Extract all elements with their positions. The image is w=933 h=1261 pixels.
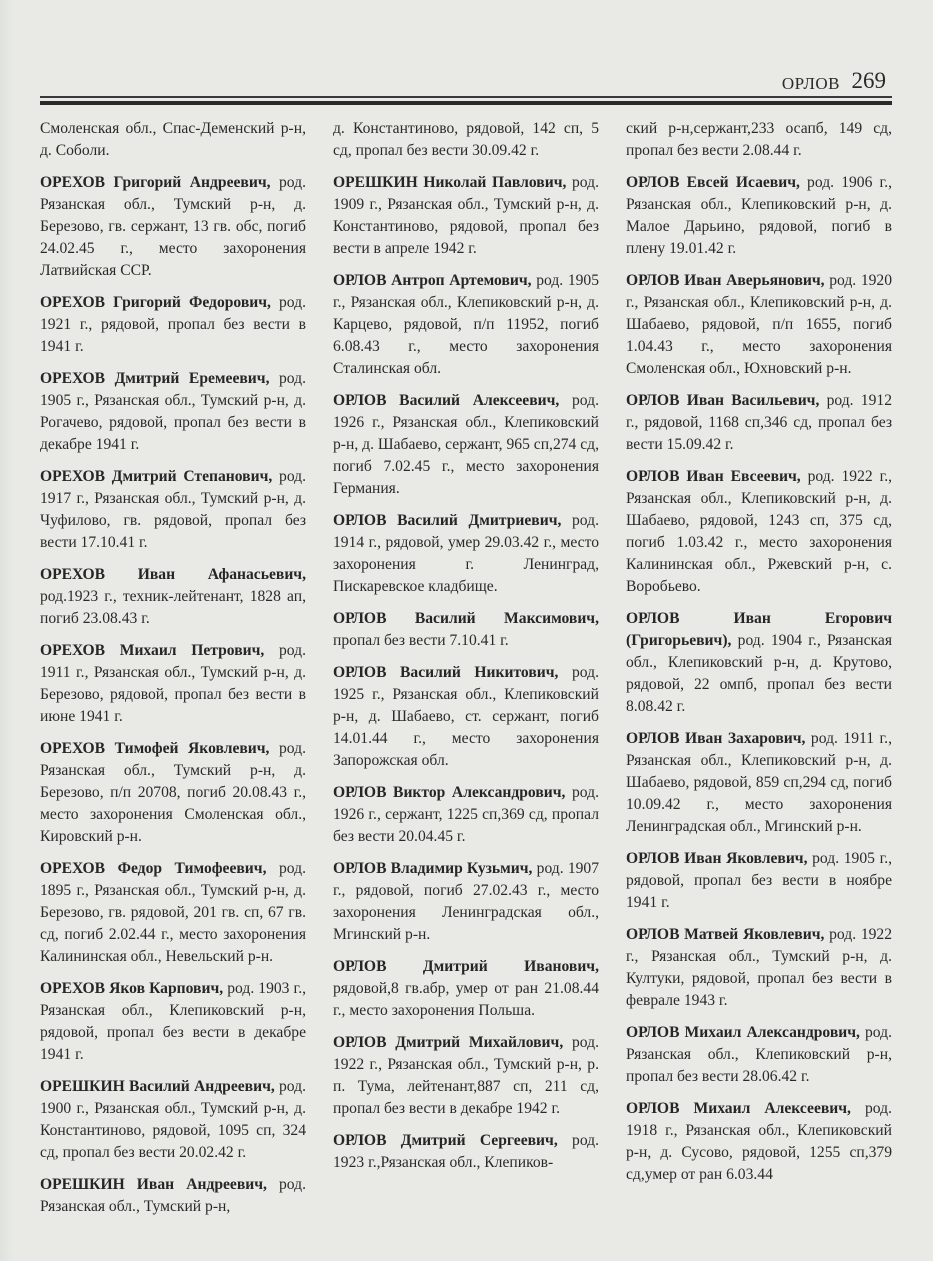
entry-name: ОРЕХОВ Михаил Петрович, [40, 642, 264, 659]
text-columns: Смоленская обл., Спас-Деменский р-н, д. … [40, 118, 892, 1228]
dictionary-entry: ОРЛОВ Евсей Исаевич, род. 1906 г., Рязан… [626, 172, 892, 260]
entry-name: ОРЛОВ Василий Дмитриевич, [333, 512, 561, 529]
dictionary-entry: ОРЕХОВ Тимофей Яковлевич, род. Рязанская… [40, 738, 306, 848]
entry-name: ОРЕХОВ Григорий Андреевич, [40, 174, 271, 191]
dictionary-entry: ОРЛОВ Виктор Александрович, род. 1926 г.… [333, 782, 599, 848]
dictionary-entry: ОРЕХОВ Михаил Петрович, род. 1911 г., Ря… [40, 640, 306, 728]
dictionary-entry: ОРЛОВ Михаил Александрович, род. Рязанск… [626, 1022, 892, 1088]
dictionary-entry: ОРЕХОВ Григорий Андреевич, род. Рязанска… [40, 172, 306, 282]
entry-name: ОРЕШКИН Иван Андреевич, [40, 1176, 267, 1193]
dictionary-entry: ОРЕШКИН Василий Андреевич, род. 1900 г.,… [40, 1076, 306, 1164]
dictionary-entry: ОРЕШКИН Николай Павлович, род. 1909 г., … [333, 172, 599, 260]
entry-name: ОРЛОВ Василий Алексеевич, [333, 392, 559, 409]
dictionary-entry: ОРЛОВ Иван Аверьянович, род. 1920 г., Ря… [626, 270, 892, 380]
dictionary-entry: ОРЛОВ Иван Егорович (Григорьевич), род. … [626, 608, 892, 718]
entry-name: ОРЕХОВ Дмитрий Еремеевич, [40, 370, 269, 387]
dictionary-entry: ОРЕХОВ Иван Афанасьевич, род.1923 г., те… [40, 564, 306, 630]
dictionary-entry: ОРЛОВ Иван Захарович, род. 1911 г., Ряза… [626, 728, 892, 838]
entry-name: ОРЕХОВ Григорий Федорович, [40, 294, 271, 311]
entry-name: ОРЛОВ Иван Васильевич, [626, 392, 819, 409]
dictionary-entry: Смоленская обл., Спас-Деменский р-н, д. … [40, 118, 306, 162]
entry-name: ОРЛОВ Евсей Исаевич, [626, 174, 800, 191]
page-header: ОРЛОВ 269 [40, 66, 892, 106]
entry-name: ОРЕХОВ Дмитрий Степанович, [40, 468, 272, 485]
column-right: ский р-н,сержант,233 осапб, 149 сд, проп… [626, 118, 892, 1228]
dictionary-entry: ОРЛОВ Дмитрий Михайлович, род. 1922 г., … [333, 1032, 599, 1120]
entry-name: ОРЛОВ Иван Яковлевич, [626, 850, 808, 867]
entry-name: ОРЕХОВ Яков Карпович, [40, 980, 223, 997]
page-number: 269 [852, 68, 887, 94]
dictionary-entry: д. Константиново, рядовой, 142 сп, 5 сд,… [333, 118, 599, 162]
entry-text: д. Константиново, рядовой, 142 сп, 5 сд,… [333, 120, 599, 159]
header-rule-thin [40, 96, 892, 98]
dictionary-entry: ОРЛОВ Матвей Яковлевич, род. 1922 г., Ря… [626, 924, 892, 1012]
dictionary-entry: ОРЕХОВ Яков Карпович, род. 1903 г., Ряза… [40, 978, 306, 1066]
entry-text: род.1923 г., техник-лейтенант, 1828 ап, … [40, 588, 306, 627]
entry-name: ОРЛОВ Антроп Артемович, [333, 272, 532, 289]
running-head: ОРЛОВ [782, 74, 840, 94]
dictionary-entry: ОРЛОВ Иван Яковлевич, род. 1905 г., рядо… [626, 848, 892, 914]
entry-name: ОРЛОВ Иван Захарович, [626, 730, 805, 747]
entry-name: ОРЛОВ Михаил Алексеевич, [626, 1100, 851, 1117]
entry-name: ОРЛОВ Дмитрий Иванович, [333, 958, 599, 975]
dictionary-entry: ОРЛОВ Василий Никитович, род. 1925 г., Р… [333, 662, 599, 772]
entry-text: ский р-н,сержант,233 осапб, 149 сд, проп… [626, 120, 892, 159]
column-left: Смоленская обл., Спас-Деменский р-н, д. … [40, 118, 306, 1228]
entry-text: Смоленская обл., Спас-Деменский р-н, д. … [40, 120, 306, 159]
entry-name: ОРЛОВ Виктор Александрович, [333, 784, 565, 801]
dictionary-entry: ОРЛОВ Иван Васильевич, род. 1912 г., ряд… [626, 390, 892, 456]
entry-name: ОРЛОВ Михаил Александрович, [626, 1024, 860, 1041]
entry-name: ОРЕХОВ Федор Тимофеевич, [40, 860, 267, 877]
entry-name: ОРЛОВ Владимир Кузьмич, [333, 860, 532, 877]
dictionary-entry: ОРЛОВ Василий Алексеевич, род. 1926 г., … [333, 390, 599, 500]
dictionary-entry: ОРЛОВ Антроп Артемович, род. 1905 г., Ря… [333, 270, 599, 380]
dictionary-entry: ОРЛОВ Владимир Кузьмич, род. 1907 г., ря… [333, 858, 599, 946]
dictionary-entry: ОРЛОВ Василий Дмитриевич, род. 1914 г., … [333, 510, 599, 598]
column-middle: д. Константиново, рядовой, 142 сп, 5 сд,… [333, 118, 599, 1228]
header-rule-thick [40, 101, 892, 105]
entry-name: ОРЛОВ Василий Никитович, [333, 664, 558, 681]
dictionary-entry: ОРЛОВ Дмитрий Сергеевич, род. 1923 г.,Ря… [333, 1130, 599, 1174]
entry-name: ОРЕХОВ Тимофей Яковлевич, [40, 740, 269, 757]
dictionary-entry: ОРЕХОВ Григорий Федорович, род. 1921 г.,… [40, 292, 306, 358]
entry-name: ОРЕШКИН Николай Павлович, [333, 174, 566, 191]
entry-text: род. 1922 г., Рязанская обл., Клепиковск… [626, 468, 892, 595]
entry-name: ОРЛОВ Иван Аверьянович, [626, 272, 825, 289]
dictionary-entry: ОРЕХОВ Федор Тимофеевич, род. 1895 г., Р… [40, 858, 306, 968]
dictionary-entry: ОРЕШКИН Иван Андреевич, род. Рязанская о… [40, 1174, 306, 1218]
entry-name: ОРЛОВ Матвей Яковлевич, [626, 926, 824, 943]
dictionary-entry: ОРЕХОВ Дмитрий Степанович, род. 1917 г.,… [40, 466, 306, 554]
dictionary-entry: ский р-н,сержант,233 осапб, 149 сд, проп… [626, 118, 892, 162]
dictionary-entry: ОРЛОВ Дмитрий Иванович, рядовой,8 гв.абр… [333, 956, 599, 1022]
entry-name: ОРЛОВ Дмитрий Михайлович, [333, 1034, 563, 1051]
entry-name: ОРЛОВ Дмитрий Сергеевич, [333, 1132, 558, 1149]
entry-name: ОРЛОВ Иван Евсеевич, [626, 468, 801, 485]
dictionary-entry: ОРЕХОВ Дмитрий Еремеевич, род. 1905 г., … [40, 368, 306, 456]
entry-name: ОРЕХОВ Иван Афанасьевич, [40, 566, 306, 583]
entry-text: рядовой,8 гв.абр, умер от ран 21.08.44 г… [333, 980, 599, 1019]
entry-text: пропал без вести 7.10.41 г. [333, 632, 509, 649]
page-edge [0, 0, 14, 1261]
dictionary-entry: ОРЛОВ Василий Максимович, пропал без вес… [333, 608, 599, 652]
dictionary-entry: ОРЛОВ Михаил Алексеевич, род. 1918 г., Р… [626, 1098, 892, 1186]
dictionary-entry: ОРЛОВ Иван Евсеевич, род. 1922 г., Рязан… [626, 466, 892, 598]
entry-name: ОРЛОВ Василий Максимович, [333, 610, 599, 627]
entry-name: ОРЕШКИН Василий Андреевич, [40, 1078, 275, 1095]
